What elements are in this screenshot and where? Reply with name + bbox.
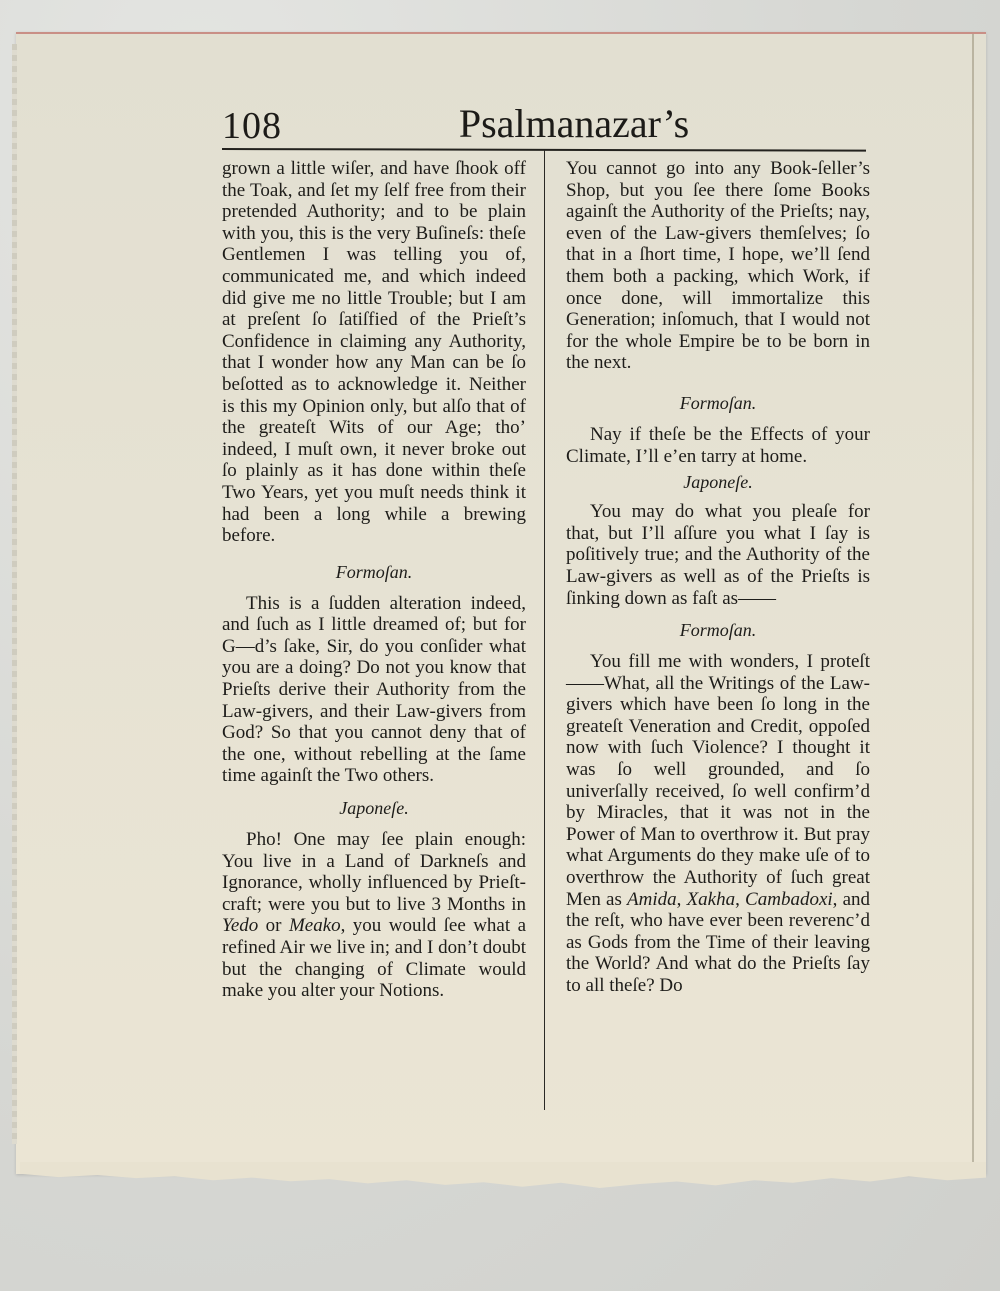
continued-paragraph: You cannot go into any Book-ſeller’s Sho… <box>566 158 870 374</box>
speech-paragraph: You may do what you pleaſe for that, but… <box>566 501 870 609</box>
speaker-heading: Formoſan. <box>566 392 870 414</box>
speaker-heading: Japoneſe. <box>566 471 870 493</box>
running-title: Psalmanazar’s <box>222 100 866 147</box>
speech-text: You fill me with wonders, I proteſt——Wha… <box>566 651 870 910</box>
continued-paragraph: grown a little wiſer, and have ſhook off… <box>222 158 526 547</box>
right-column: You cannot go into any Book-ſeller’s Sho… <box>566 158 870 997</box>
speech-paragraph: Nay if theſe be the Effects of your Clim… <box>566 424 870 467</box>
speech-text: Pho! One may ſee plain enough: You live … <box>222 829 526 915</box>
speaker-heading: Formoſan. <box>566 619 870 641</box>
speaker-heading: Formoſan. <box>222 561 526 583</box>
column-divider <box>544 150 545 1110</box>
place-name: Yedo <box>222 915 258 936</box>
left-column: grown a little wiſer, and have ſhook off… <box>222 158 526 1002</box>
separator: , <box>735 889 745 910</box>
place-name: Meako <box>289 915 341 936</box>
running-head: 108 Psalmanazar’s <box>222 100 866 148</box>
deity-name: Xakha <box>687 889 736 910</box>
speech-paragraph: This is a ſudden alteration indeed, and … <box>222 593 526 787</box>
speech-paragraph: Pho! One may ſee plain enough: You live … <box>222 829 526 1002</box>
deity-name: Amida <box>627 889 677 910</box>
speech-paragraph: You fill me with wonders, I proteſt——Wha… <box>566 651 870 997</box>
speech-text: or <box>258 915 289 936</box>
separator: , <box>677 889 687 910</box>
speaker-heading: Japoneſe. <box>222 797 526 819</box>
deity-name: Cambadoxi <box>745 889 833 910</box>
